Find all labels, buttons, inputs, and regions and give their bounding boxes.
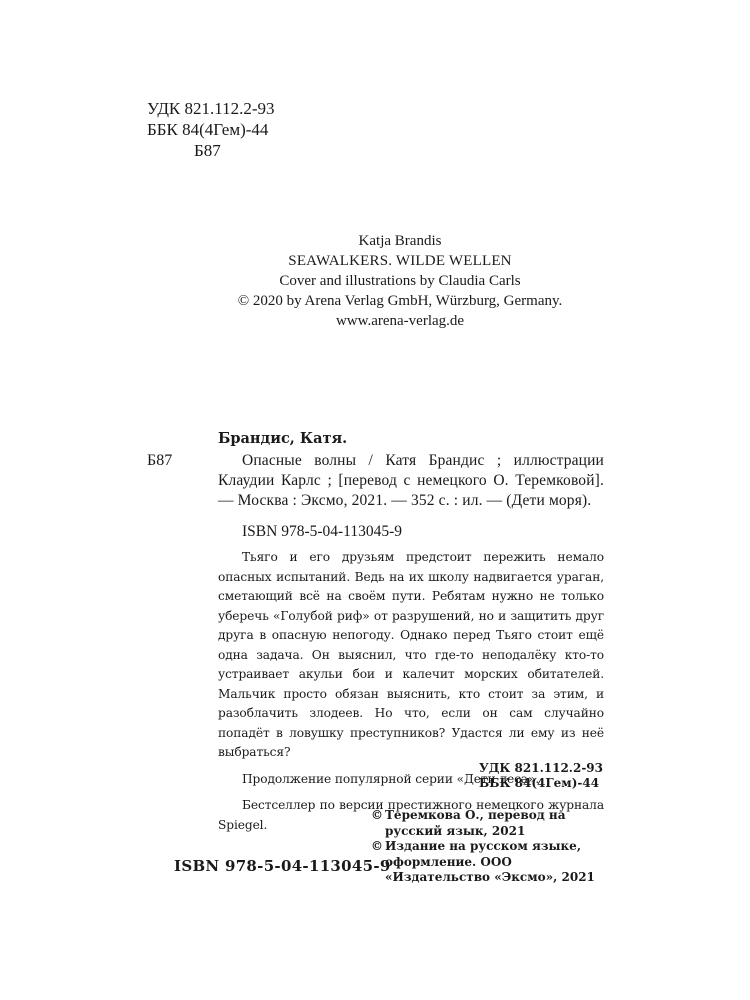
footer-udk-code: УДК 821.112.2-93 (479, 761, 603, 776)
illustrations-credit: Cover and illustrations by Claudia Carls (200, 271, 600, 291)
classification-footer: УДК 821.112.2-93 ББК 84(4Гем)-44 (479, 761, 603, 791)
original-edition-credits: Katja Brandis SEAWALKERS. WILDE WELLEN C… (200, 231, 600, 331)
isbn-bottom: ISBN 978-5-04-113045-9 (174, 856, 391, 876)
footer-bbk-code: ББК 84(4Гем)-44 (479, 776, 603, 791)
copyright-text: Издание на русском языке, оформление. ОО… (385, 839, 611, 886)
copyright-symbol-icon: © (371, 808, 385, 839)
annotation-summary: Тьяго и его друзьям предстоит пережить н… (218, 548, 604, 763)
annotation: Тьяго и его друзьям предстоит пережить н… (218, 548, 604, 835)
original-copyright: © 2020 by Arena Verlag GmbH, Würzburg, G… (200, 291, 600, 311)
bib-isbn: ISBN 978-5-04-113045-9 (242, 522, 402, 542)
bib-description: Опасные волны / Катя Брандис ; иллюстрац… (218, 451, 604, 511)
bib-author-mark: Б87 (147, 451, 172, 471)
copyright-text: Теремкова О., перевод на русский язык, 2… (385, 808, 611, 839)
copyright-translation: © Теремкова О., перевод на русский язык,… (371, 808, 611, 839)
copyright-notices: © Теремкова О., перевод на русский язык,… (371, 808, 611, 886)
udk-code: УДК 821.112.2-93 (147, 98, 275, 119)
classification-header: УДК 821.112.2-93 ББК 84(4Гем)-44 Б87 (147, 98, 275, 161)
original-title: SEAWALKERS. WILDE WELLEN (200, 251, 600, 271)
bbk-code: ББК 84(4Гем)-44 (147, 119, 275, 140)
bib-author-heading: Брандис, Катя. (218, 429, 347, 449)
author-mark: Б87 (147, 140, 275, 161)
publisher-website: www.arena-verlag.de (200, 311, 600, 331)
original-author: Katja Brandis (200, 231, 600, 251)
copyright-edition: © Издание на русском языке, оформление. … (371, 839, 611, 886)
